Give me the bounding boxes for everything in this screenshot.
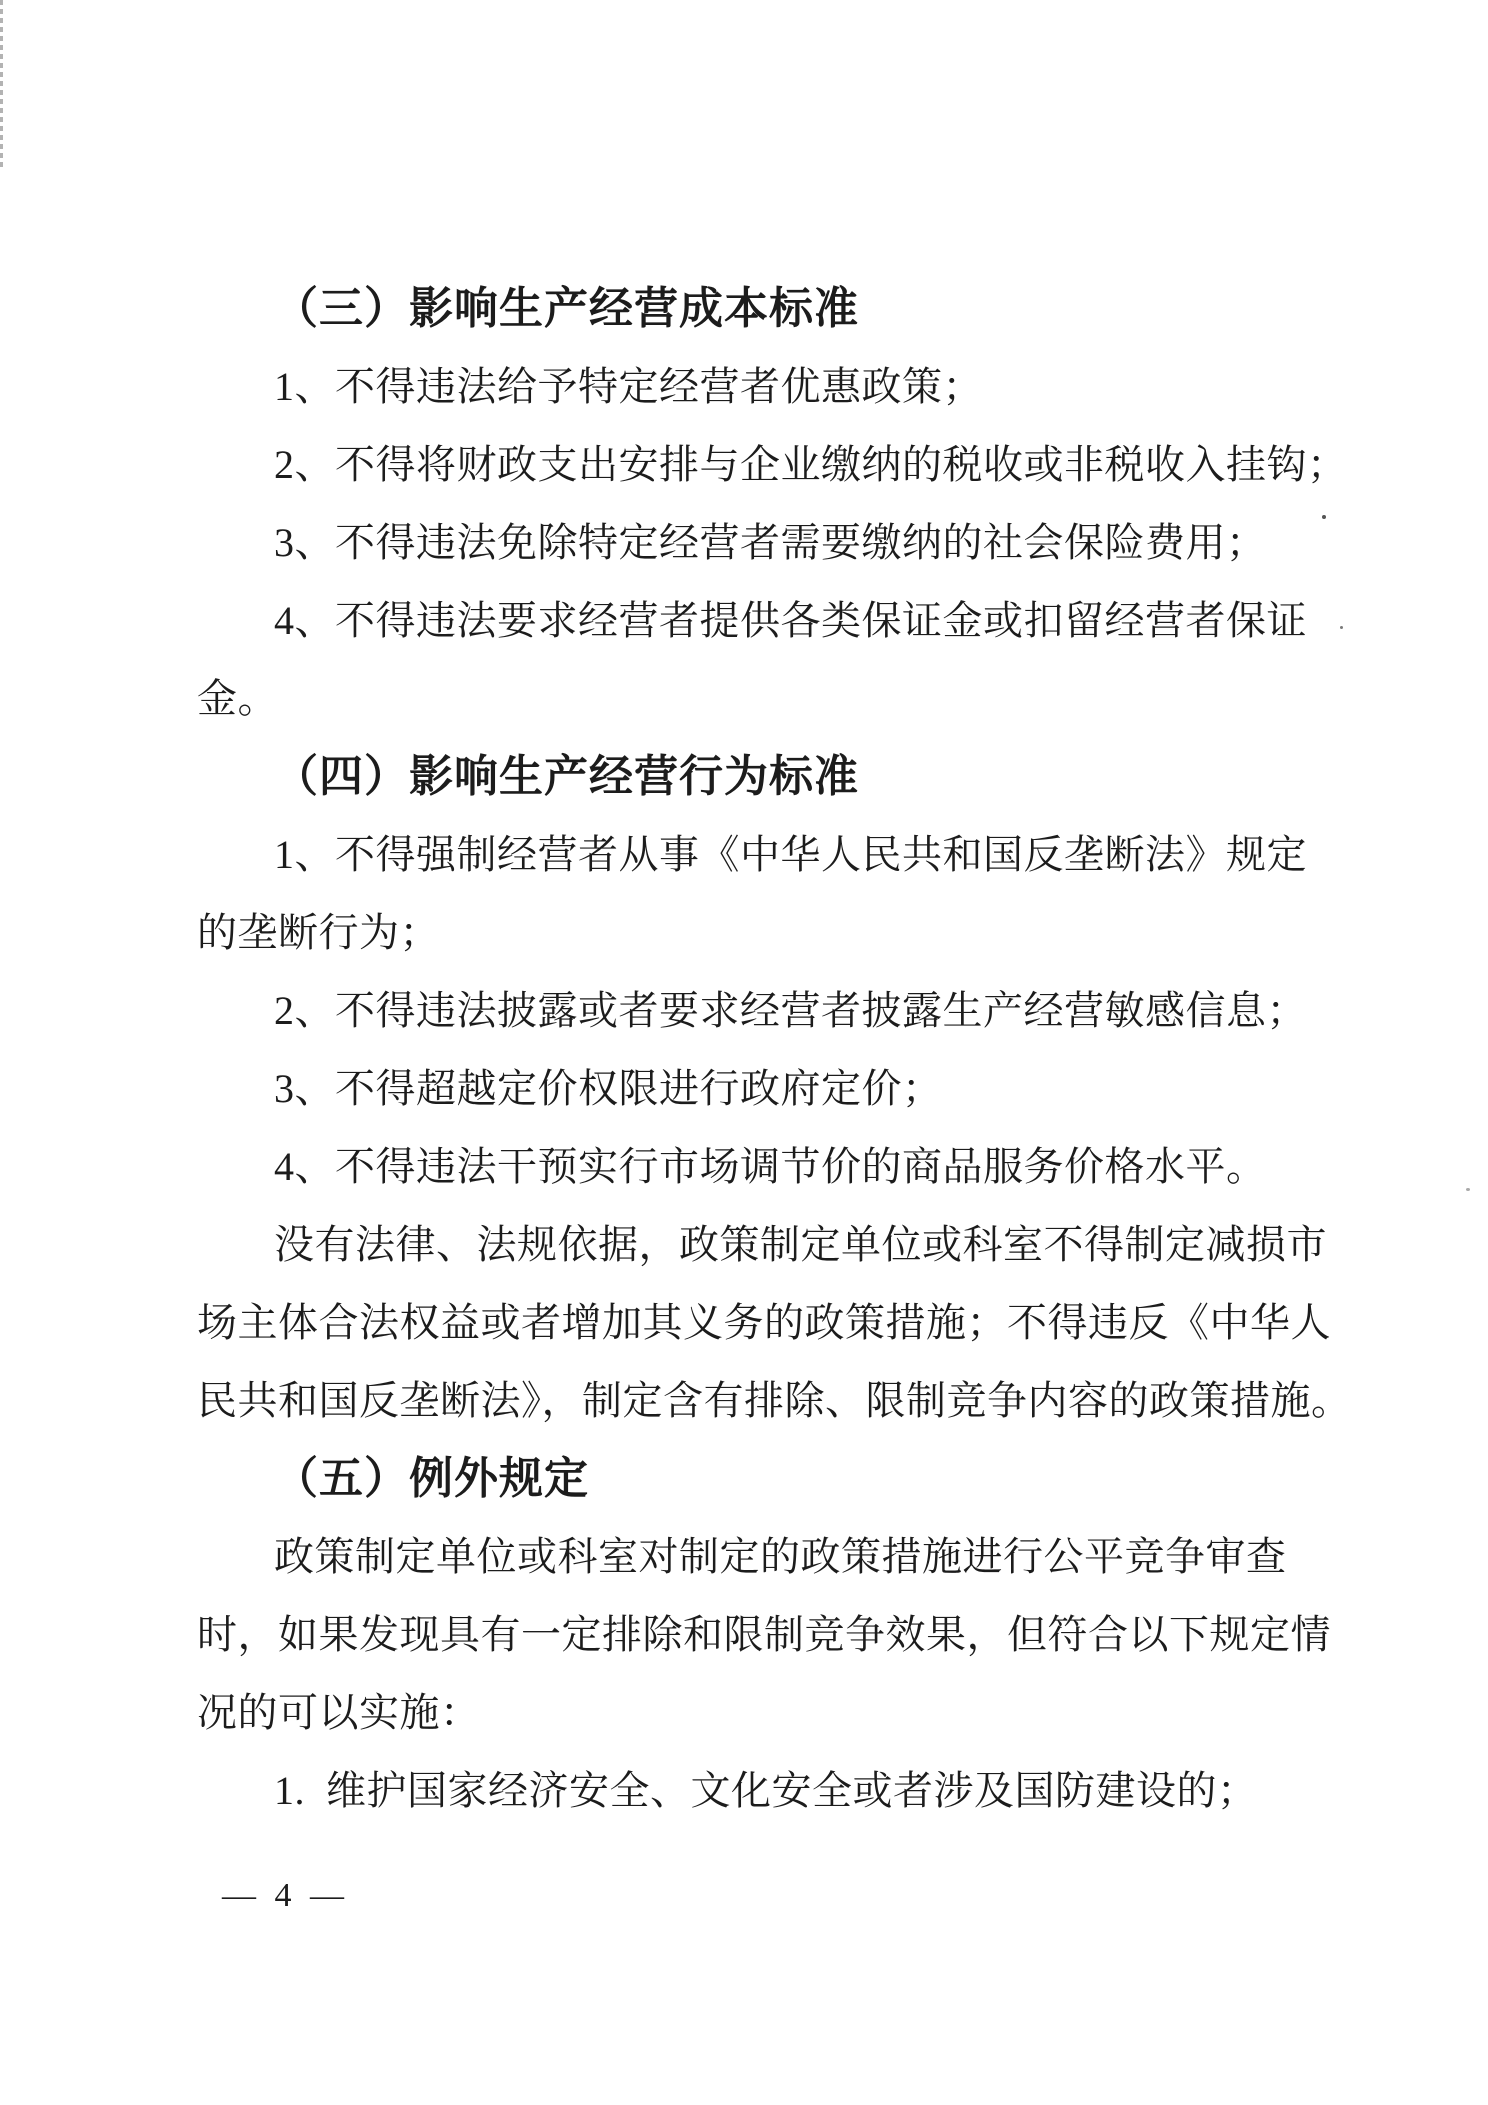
list-item: 1. 维护国家经济安全、文化安全或者涉及国防建设的； — [197, 1752, 1357, 1830]
list-item-continuation: 金。 — [197, 660, 1357, 738]
scan-edge-artifact — [0, 0, 3, 168]
paragraph-line: 没有法律、法规依据，政策制定单位或科室不得制定减损市 — [197, 1206, 1357, 1284]
list-item: 1、不得违法给予特定经营者优惠政策； — [197, 348, 1357, 426]
scan-speck — [1466, 1188, 1470, 1191]
list-item: 3、不得超越定价权限进行政府定价； — [197, 1050, 1357, 1128]
scan-speck — [1322, 515, 1326, 519]
paragraph-line: 民共和国反垄断法》，制定含有排除、限制竞争内容的政策措施。 — [197, 1362, 1357, 1440]
section-heading-4: （四）影响生产经营行为标准 — [197, 738, 1357, 816]
section-heading-3: （三）影响生产经营成本标准 — [197, 270, 1357, 348]
paragraph-line: 况的可以实施： — [197, 1674, 1357, 1752]
scanned-document-page: （三）影响生产经营成本标准 1、不得违法给予特定经营者优惠政策； 2、不得将财政… — [0, 0, 1488, 2105]
page-number: — 4 — — [222, 1872, 349, 1920]
list-item: 2、不得将财政支出安排与企业缴纳的税收或非税收入挂钩； — [197, 426, 1357, 504]
list-item: 1、不得强制经营者从事《中华人民共和国反垄断法》规定 — [197, 816, 1357, 894]
list-item: 3、不得违法免除特定经营者需要缴纳的社会保险费用； — [197, 504, 1357, 582]
section-heading-5: （五）例外规定 — [197, 1440, 1357, 1518]
document-body: （三）影响生产经营成本标准 1、不得违法给予特定经营者优惠政策； 2、不得将财政… — [197, 270, 1357, 1830]
list-item: 2、不得违法披露或者要求经营者披露生产经营敏感信息； — [197, 972, 1357, 1050]
paragraph-line: 场主体合法权益或者增加其义务的政策措施；不得违反《中华人 — [197, 1284, 1357, 1362]
list-item: 4、不得违法要求经营者提供各类保证金或扣留经营者保证 — [197, 582, 1357, 660]
scan-speck — [1340, 626, 1343, 629]
paragraph-line: 政策制定单位或科室对制定的政策措施进行公平竞争审查 — [197, 1518, 1357, 1596]
list-item-continuation: 的垄断行为； — [197, 894, 1357, 972]
paragraph-line: 时，如果发现具有一定排除和限制竞争效果，但符合以下规定情 — [197, 1596, 1357, 1674]
list-item: 4、不得违法干预实行市场调节价的商品服务价格水平。 — [197, 1128, 1357, 1206]
